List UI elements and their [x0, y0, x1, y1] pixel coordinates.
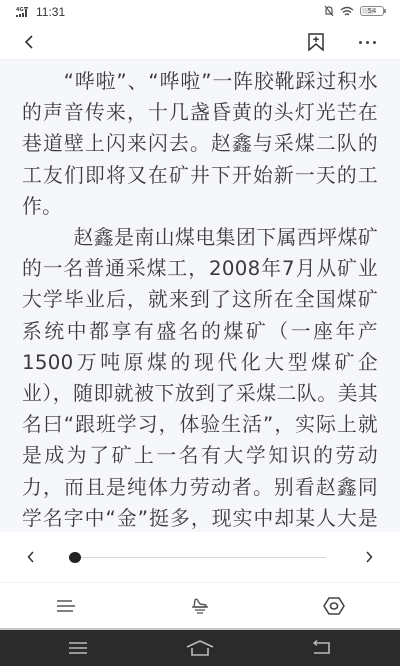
bookmark-add-icon: [307, 32, 325, 52]
chevron-right-icon: [364, 550, 374, 564]
divider: [0, 582, 400, 583]
next-chapter-button[interactable]: [358, 545, 380, 569]
signal-icon: 4G: [16, 6, 32, 18]
reader-top-bar: [0, 24, 400, 60]
menu-icon: [68, 641, 88, 655]
battery-level: 54: [368, 7, 377, 15]
reading-content[interactable]: “哗啦”、“哗啦”一阵胶靴踩过积水的声音传来，十几盏昏黄的头灯光芒在巷道壁上闪来…: [0, 60, 400, 532]
nav-menu-button[interactable]: [58, 636, 98, 660]
status-right: 54: [324, 5, 384, 17]
nav-back-button[interactable]: [302, 636, 342, 660]
home-icon: [186, 640, 214, 656]
table-of-contents-button[interactable]: [48, 592, 84, 620]
paragraph: 赵鑫是南山煤电集团下属西坪煤矿的一名普通采煤工，2008年7月从矿业大学毕业后，…: [22, 222, 378, 532]
night-mode-button[interactable]: [182, 592, 218, 620]
wifi-icon: [340, 6, 354, 17]
more-dots-icon: [359, 41, 362, 44]
chevron-left-icon: [26, 550, 36, 564]
status-left: 4G 11:31: [16, 5, 65, 19]
battery-icon: 54: [360, 6, 384, 16]
add-bookmark-button[interactable]: [304, 30, 328, 54]
previous-chapter-button[interactable]: [20, 545, 42, 569]
svg-text:4G: 4G: [16, 7, 24, 13]
nav-home-button[interactable]: [180, 636, 220, 660]
more-options-button[interactable]: [352, 30, 382, 54]
status-bar: 4G 11:31 54: [0, 0, 400, 24]
status-time: 11:31: [36, 5, 65, 19]
back-icon: [311, 640, 333, 656]
night-lamp-icon: [189, 596, 211, 616]
list-icon: [55, 598, 77, 614]
settings-button[interactable]: [316, 592, 352, 620]
system-navigation-bar: [0, 630, 400, 666]
back-button[interactable]: [18, 30, 40, 54]
reader-control-panel: [0, 532, 400, 629]
chevron-left-icon: [23, 34, 35, 50]
settings-hexagon-icon: [322, 596, 346, 616]
paragraph: “哗啦”、“哗啦”一阵胶靴踩过积水的声音传来，十几盏昏黄的头灯光芒在巷道壁上闪来…: [22, 66, 378, 222]
silent-icon: [324, 5, 334, 17]
progress-slider-track[interactable]: [72, 557, 326, 558]
progress-slider-thumb[interactable]: [69, 552, 81, 563]
